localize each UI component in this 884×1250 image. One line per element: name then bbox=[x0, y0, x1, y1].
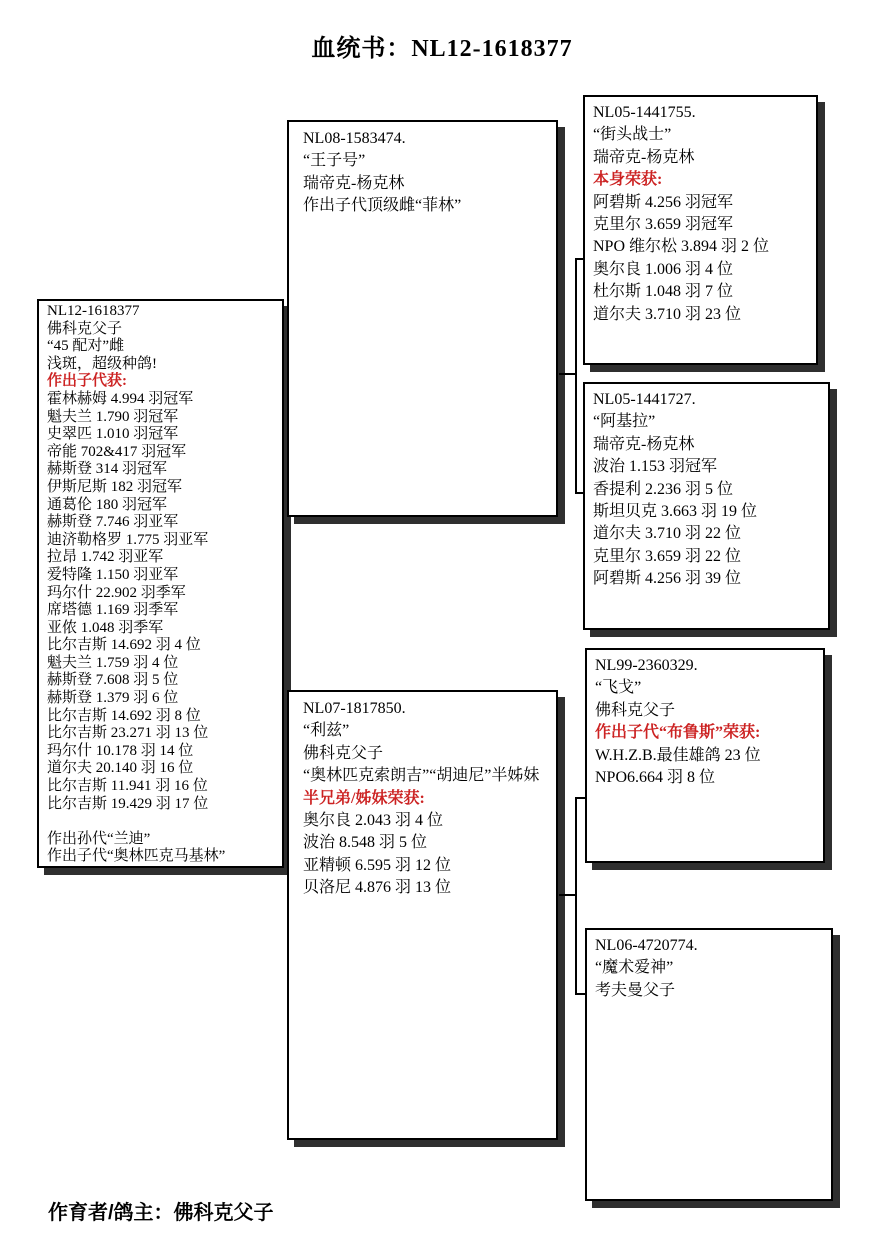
pedigree-line: “魔术爱神” bbox=[595, 957, 825, 979]
pedigree-line: 奥尔良 2.043 羽 4 位 bbox=[303, 810, 546, 832]
pedigree-line: 拉昂 1.742 羽亚军 bbox=[47, 549, 276, 567]
pedigree-line: “奥林匹克索朗吉”“胡迪尼”半姊妹 bbox=[303, 765, 546, 787]
pedigree-line: 道尔夫 3.710 羽 22 位 bbox=[593, 523, 822, 545]
pedigree-line: NL05-1441727. bbox=[593, 389, 822, 411]
pedigree-line: 作出子代顶级雌“菲林” bbox=[303, 195, 546, 217]
pedigree-line: 史翠匹 1.010 羽冠军 bbox=[47, 426, 276, 444]
pedigree-line: 阿碧斯 4.256 羽冠军 bbox=[593, 192, 810, 214]
pedigree-line: “利兹” bbox=[303, 720, 546, 742]
pedigree-line: 玛尔什 22.902 羽季军 bbox=[47, 585, 276, 603]
pedigree-line: 比尔吉斯 11.941 羽 16 位 bbox=[47, 778, 276, 796]
pedigree-line: “阿基拉” bbox=[593, 411, 822, 433]
pedigree-line: 贝洛尼 4.876 羽 13 位 bbox=[303, 877, 546, 899]
pedigree-page: 血统书：NL12-1618377 NL12-1618377佛科克父子“45 配对… bbox=[0, 0, 884, 1250]
pedigree-box-subject: NL12-1618377佛科克父子“45 配对”雌浅斑，超级种鸽!作出子代获:霍… bbox=[37, 299, 284, 868]
achievement-heading: 半兄弟/姊妹荣获: bbox=[303, 788, 546, 810]
pedigree-line: 魁夫兰 1.759 羽 4 位 bbox=[47, 655, 276, 673]
connector-line bbox=[575, 797, 586, 799]
pedigree-line: 霍林赫姆 4.994 羽冠军 bbox=[47, 391, 276, 409]
pedigree-line: 作出子代“奥林匹克马基林” bbox=[47, 848, 276, 866]
pedigree-line: 比尔吉斯 14.692 羽 4 位 bbox=[47, 637, 276, 655]
connector-line bbox=[575, 258, 577, 494]
pedigree-line: 通葛伦 180 羽冠军 bbox=[47, 497, 276, 515]
pedigree-line: 佛科克父子 bbox=[303, 743, 546, 765]
pedigree-line: 考夫曼父子 bbox=[595, 980, 825, 1002]
pedigree-line: NPO 维尔松 3.894 羽 2 位 bbox=[593, 236, 810, 258]
connector-line bbox=[575, 797, 577, 995]
pedigree-line: 斯坦贝克 3.663 羽 19 位 bbox=[593, 501, 822, 523]
pedigree-box-subject-lines: NL12-1618377佛科克父子“45 配对”雌浅斑，超级种鸽!作出子代获:霍… bbox=[39, 301, 282, 866]
pedigree-line: 亚精顿 6.595 羽 12 位 bbox=[303, 855, 546, 877]
pedigree-box-sire-dam-lines: NL05-1441727.“阿基拉”瑞帝克-杨克林波治 1.153 羽冠军香提利… bbox=[585, 384, 828, 628]
pedigree-line: NL99-2360329. bbox=[595, 655, 817, 677]
page-title: 血统书：NL12-1618377 bbox=[0, 28, 884, 63]
breeder-owner-label: 作育者/鸽主：佛科克父子 bbox=[48, 1196, 274, 1225]
pedigree-line: NL12-1618377 bbox=[47, 303, 276, 321]
pedigree-line: 比尔吉斯 14.692 羽 8 位 bbox=[47, 708, 276, 726]
pedigree-line: 杜尔斯 1.048 羽 7 位 bbox=[593, 281, 810, 303]
connector-line bbox=[559, 373, 576, 375]
pedigree-line: 席塔德 1.169 羽季军 bbox=[47, 602, 276, 620]
pedigree-line: 比尔吉斯 19.429 羽 17 位 bbox=[47, 796, 276, 814]
pedigree-line: 波治 1.153 羽冠军 bbox=[593, 456, 822, 478]
pedigree-line: 浅斑，超级种鸽! bbox=[47, 356, 276, 374]
pedigree-box-sire-sire: NL05-1441755.“街头战士”瑞帝克-杨克林本身荣获:阿碧斯 4.256… bbox=[583, 95, 818, 365]
pedigree-line: 比尔吉斯 23.271 羽 13 位 bbox=[47, 725, 276, 743]
pedigree-box-dam-sire-lines: NL99-2360329.“飞戈”佛科克父子作出子代“布鲁斯”荣获:W.H.Z.… bbox=[587, 650, 823, 861]
pedigree-line: NL07-1817850. bbox=[303, 698, 546, 720]
pedigree-box-sire-sire-lines: NL05-1441755.“街头战士”瑞帝克-杨克林本身荣获:阿碧斯 4.256… bbox=[585, 97, 816, 363]
achievement-heading: 本身荣获: bbox=[593, 169, 810, 191]
pedigree-line: NL05-1441755. bbox=[593, 102, 810, 124]
pedigree-line: 佛科克父子 bbox=[595, 700, 817, 722]
pedigree-line: 瑞帝克-杨克林 bbox=[593, 147, 810, 169]
pedigree-line: 赫斯登 314 羽冠军 bbox=[47, 461, 276, 479]
pedigree-line: 亚侬 1.048 羽季军 bbox=[47, 620, 276, 638]
pedigree-line: 香提利 2.236 羽 5 位 bbox=[593, 479, 822, 501]
pedigree-line: 道尔夫 20.140 羽 16 位 bbox=[47, 760, 276, 778]
pedigree-line: W.H.Z.B.最佳雄鸽 23 位 bbox=[595, 745, 817, 767]
pedigree-line: 作出孙代“兰迪” bbox=[47, 831, 276, 849]
pedigree-box-dam-dam: NL06-4720774.“魔术爱神”考夫曼父子 bbox=[585, 928, 833, 1201]
pedigree-line: 帝能 702&417 羽冠军 bbox=[47, 444, 276, 462]
pedigree-box-sire: NL08-1583474.“王子号”瑞帝克-杨克林作出子代顶级雌“菲林” bbox=[287, 120, 558, 517]
pedigree-box-dam-dam-lines: NL06-4720774.“魔术爱神”考夫曼父子 bbox=[587, 930, 831, 1199]
achievement-heading: 作出子代获: bbox=[47, 373, 276, 391]
pedigree-line: 佛科克父子 bbox=[47, 321, 276, 339]
pedigree-box-sire-dam: NL05-1441727.“阿基拉”瑞帝克-杨克林波治 1.153 羽冠军香提利… bbox=[583, 382, 830, 630]
pedigree-line: “王子号” bbox=[303, 150, 546, 172]
pedigree-line: NL06-4720774. bbox=[595, 935, 825, 957]
pedigree-line: 爱特隆 1.150 羽亚军 bbox=[47, 567, 276, 585]
connector-line bbox=[575, 492, 584, 494]
pedigree-line: 赫斯登 7.608 羽 5 位 bbox=[47, 672, 276, 690]
pedigree-box-dam-sire: NL99-2360329.“飞戈”佛科克父子作出子代“布鲁斯”荣获:W.H.Z.… bbox=[585, 648, 825, 863]
pedigree-line: NPO6.664 羽 8 位 bbox=[595, 767, 817, 789]
pedigree-line: 瑞帝克-杨克林 bbox=[303, 173, 546, 195]
pedigree-line: 瑞帝克-杨克林 bbox=[593, 434, 822, 456]
pedigree-line: 克里尔 3.659 羽 22 位 bbox=[593, 546, 822, 568]
pedigree-line: 奥尔良 1.006 羽 4 位 bbox=[593, 259, 810, 281]
pedigree-line: 道尔夫 3.710 羽 23 位 bbox=[593, 304, 810, 326]
pedigree-box-dam-lines: NL07-1817850.“利兹”佛科克父子“奥林匹克索朗吉”“胡迪尼”半姊妹半… bbox=[289, 692, 556, 1138]
pedigree-line: 波治 8.548 羽 5 位 bbox=[303, 832, 546, 854]
connector-line bbox=[575, 258, 584, 260]
pedigree-line bbox=[47, 813, 276, 831]
pedigree-line: “45 配对”雌 bbox=[47, 338, 276, 356]
pedigree-line: 伊斯尼斯 182 羽冠军 bbox=[47, 479, 276, 497]
connector-line bbox=[559, 894, 576, 896]
pedigree-box-sire-lines: NL08-1583474.“王子号”瑞帝克-杨克林作出子代顶级雌“菲林” bbox=[289, 122, 556, 515]
pedigree-line: “街头战士” bbox=[593, 124, 810, 146]
pedigree-line: 玛尔什 10.178 羽 14 位 bbox=[47, 743, 276, 761]
pedigree-line: 赫斯登 7.746 羽亚军 bbox=[47, 514, 276, 532]
pedigree-line: 魁夫兰 1.790 羽冠军 bbox=[47, 409, 276, 427]
pedigree-line: NL08-1583474. bbox=[303, 128, 546, 150]
pedigree-line: “飞戈” bbox=[595, 677, 817, 699]
pedigree-line: 赫斯登 1.379 羽 6 位 bbox=[47, 690, 276, 708]
achievement-heading: 作出子代“布鲁斯”荣获: bbox=[595, 722, 817, 744]
pedigree-box-dam: NL07-1817850.“利兹”佛科克父子“奥林匹克索朗吉”“胡迪尼”半姊妹半… bbox=[287, 690, 558, 1140]
pedigree-line: 迪济勒格罗 1.775 羽亚军 bbox=[47, 532, 276, 550]
pedigree-line: 克里尔 3.659 羽冠军 bbox=[593, 214, 810, 236]
pedigree-line: 阿碧斯 4.256 羽 39 位 bbox=[593, 568, 822, 590]
connector-line bbox=[575, 993, 586, 995]
